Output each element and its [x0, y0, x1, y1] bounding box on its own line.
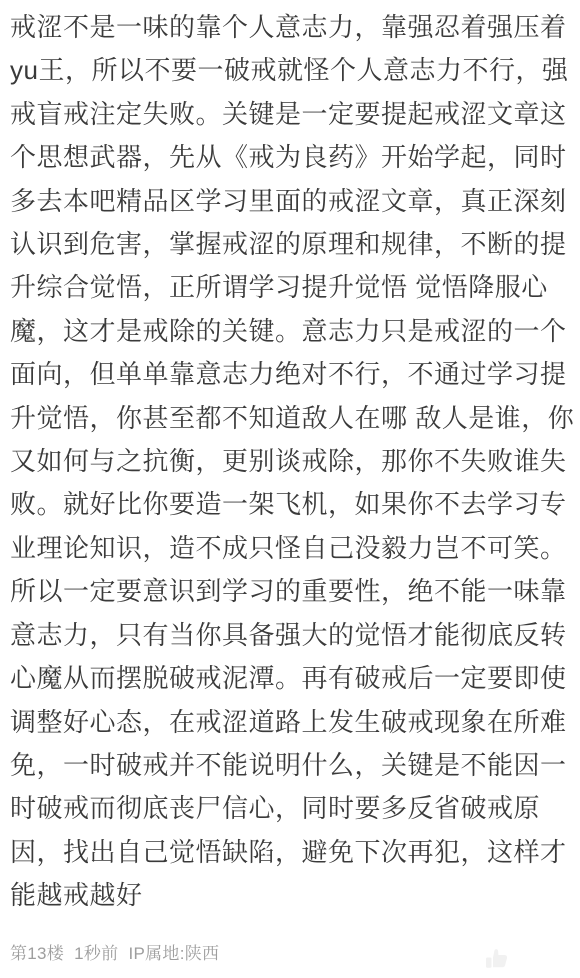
ip-location: IP属地:陕西: [128, 942, 219, 966]
floor-label: 第13楼: [10, 942, 64, 966]
forum-post: 戒涩不是一味的靠个人意志力，靠强忍着强压着 yu王，所以不要一破戒就怪个人意志力…: [0, 0, 580, 978]
timestamp: 1秒前: [74, 942, 118, 966]
post-text: 戒涩不是一味的靠个人意志力，靠强忍着强压着 yu王，所以不要一破戒就怪个人意志力…: [0, 0, 580, 918]
like-icon[interactable]: [484, 948, 510, 972]
